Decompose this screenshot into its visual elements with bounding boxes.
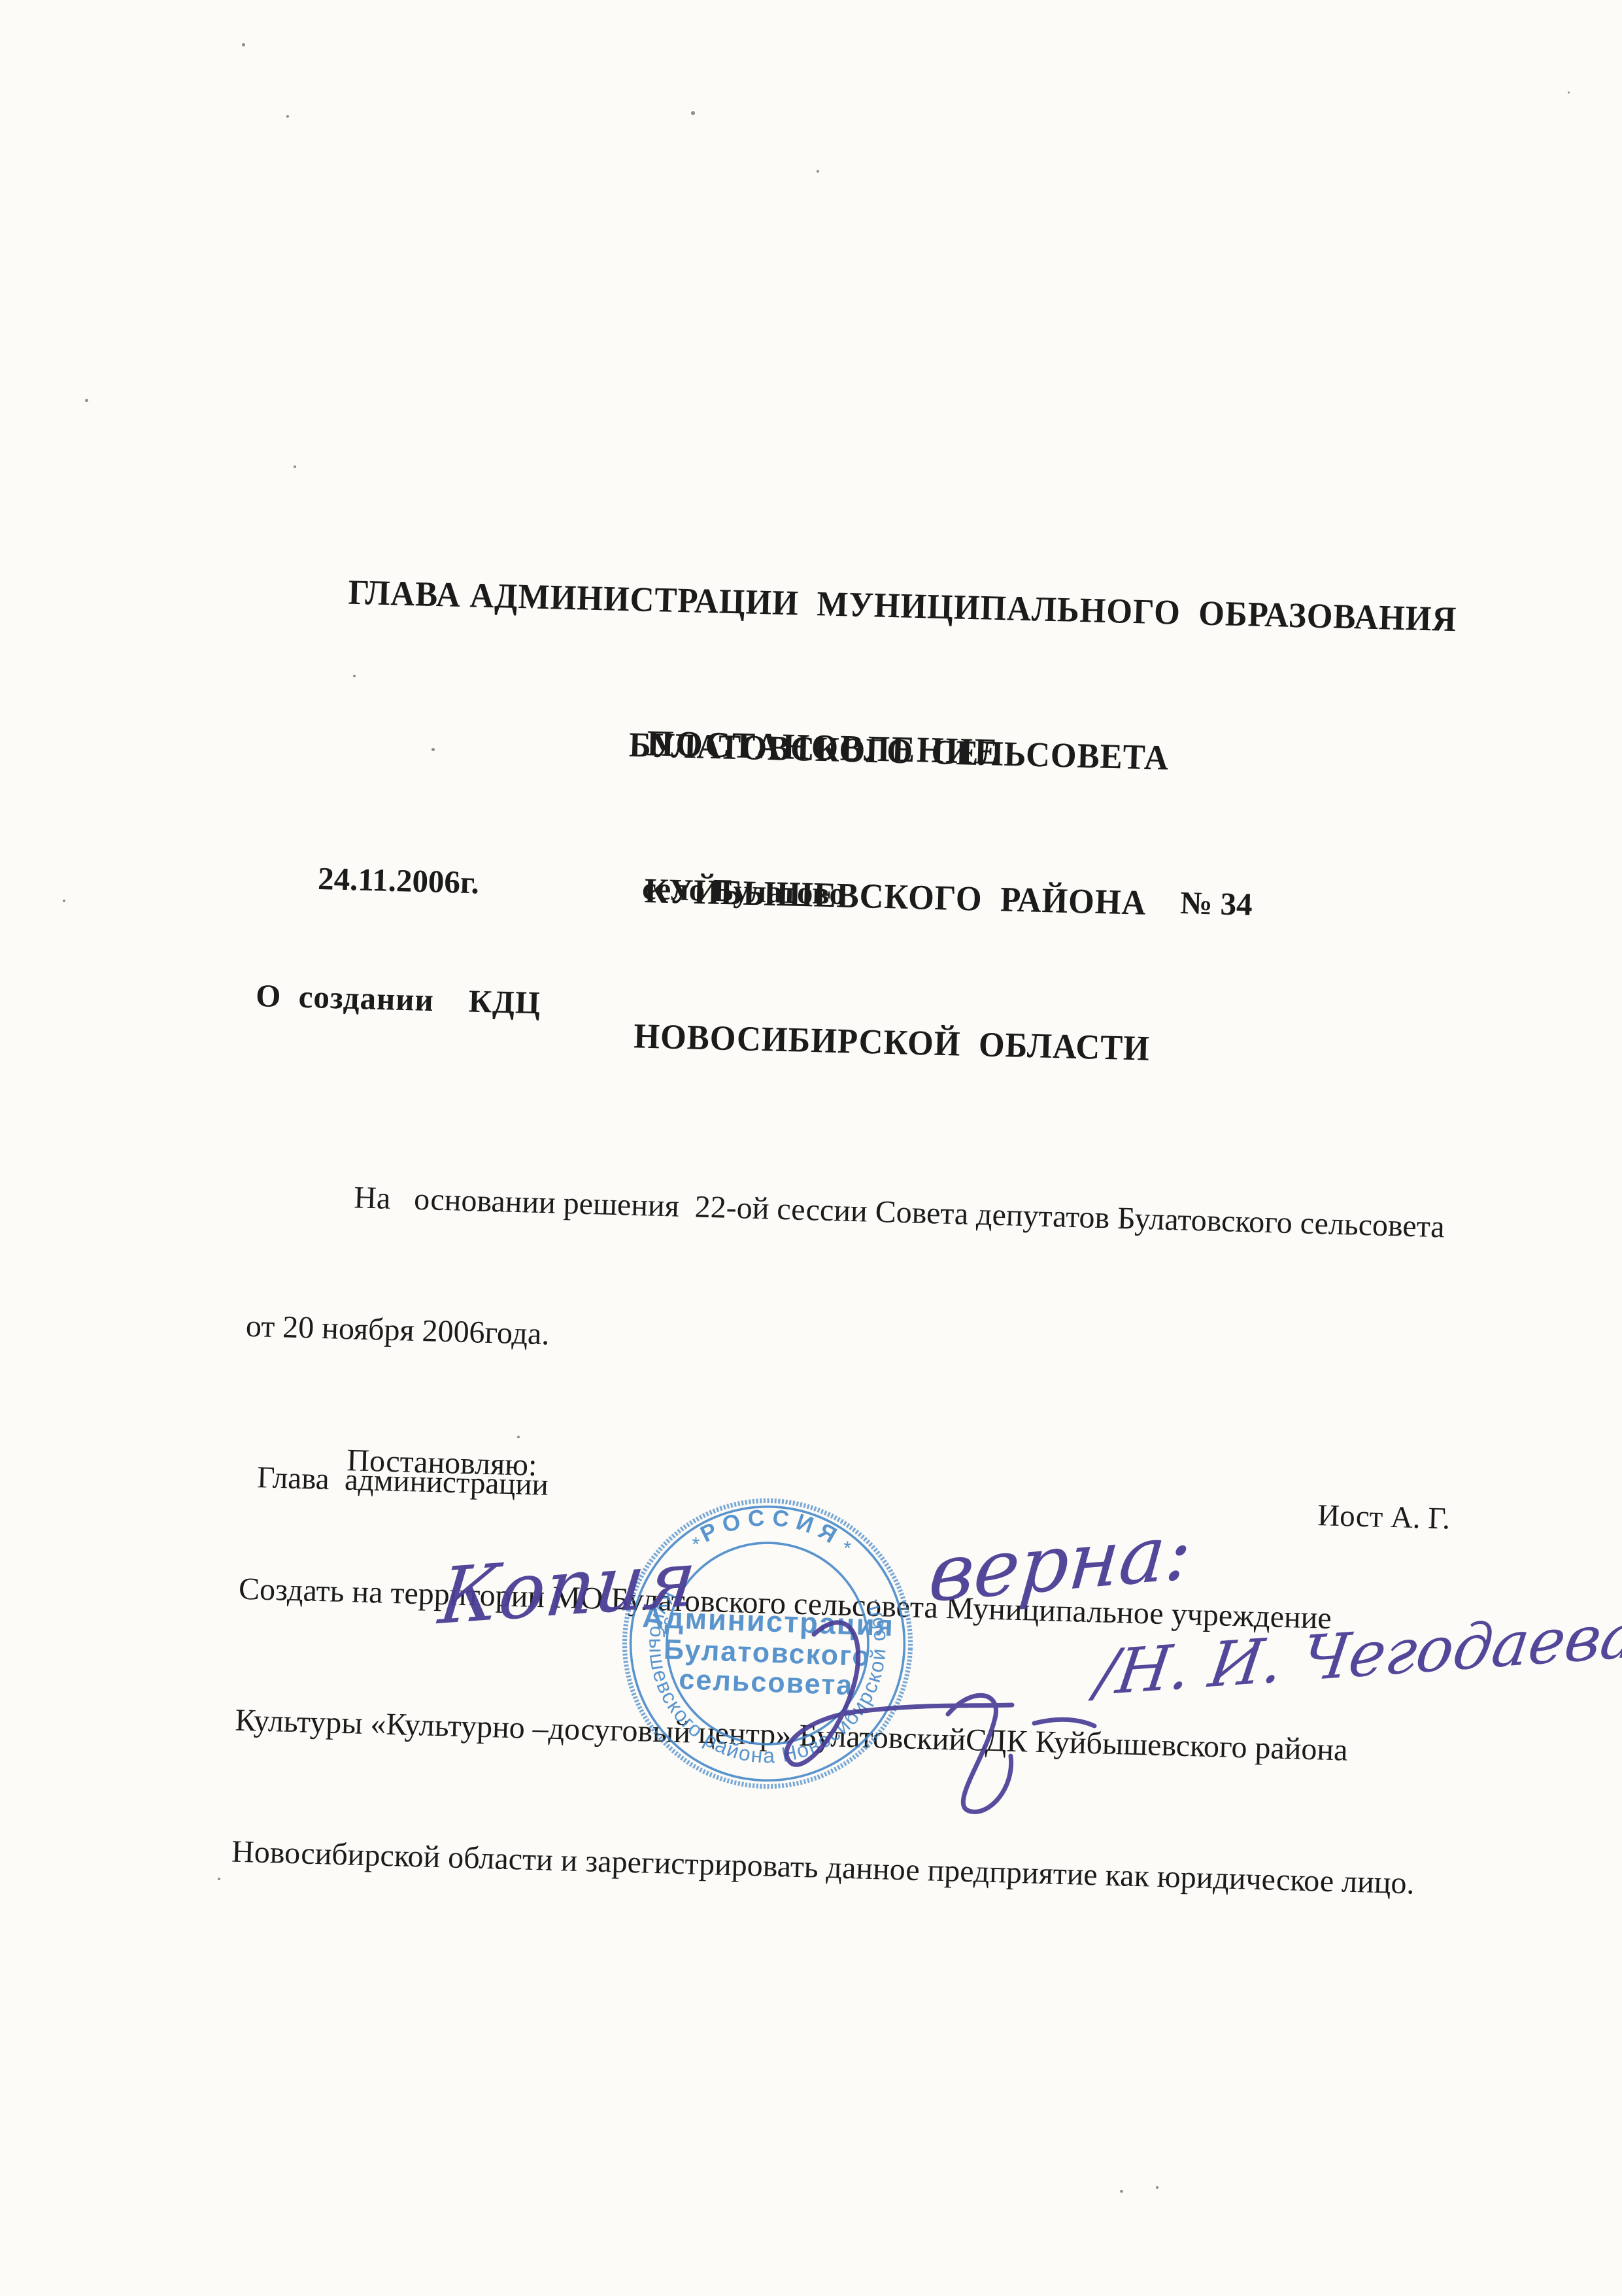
letterhead-line: ГЛАВА АДМИНИСТРАЦИИ МУНИЦИПАЛЬНОГО ОБРАЗ… bbox=[190, 565, 1615, 648]
scan-speck bbox=[1568, 92, 1570, 93]
scan-speck bbox=[286, 115, 289, 118]
handwritten-signature bbox=[752, 1589, 1118, 1837]
handwritten-kopiya: Копия bbox=[435, 1533, 700, 1642]
body-line: от 20 ноября 2006года. bbox=[245, 1304, 1560, 1383]
signature-tail bbox=[1034, 1719, 1094, 1726]
letterhead: ГЛАВА АДМИНИСТРАЦИИ МУНИЦИПАЛЬНОГО ОБРАЗ… bbox=[177, 467, 1618, 1181]
scan-speck bbox=[242, 43, 245, 46]
decree-subject: О создании КДЦ bbox=[256, 977, 541, 1021]
scan-speck bbox=[63, 900, 65, 902]
body-line: На основании решения 22-ой сессии Совета… bbox=[249, 1173, 1564, 1252]
signature-descender bbox=[948, 1695, 1011, 1812]
stamp-star-right: * bbox=[843, 1536, 851, 1559]
decree-date: 24.11.2006г. bbox=[318, 860, 480, 901]
scan-speck bbox=[294, 465, 296, 468]
scan-speck bbox=[817, 170, 819, 173]
decree-number: № 34 bbox=[1180, 884, 1253, 923]
scan-speck bbox=[691, 111, 695, 115]
document-page: ГЛАВА АДМИНИСТРАЦИИ МУНИЦИПАЛЬНОГО ОБРАЗ… bbox=[0, 0, 1622, 2296]
scan-speck bbox=[85, 399, 88, 402]
scan-speck bbox=[1156, 2186, 1158, 2189]
scan-speck bbox=[1120, 2190, 1123, 2193]
body-line: Новосибирской области и зарегистрировать… bbox=[231, 1830, 1546, 1909]
signatory-name: Иост А. Г. bbox=[1317, 1498, 1451, 1536]
decree-place: село Булатово bbox=[642, 869, 846, 912]
scan-speck bbox=[218, 1878, 220, 1880]
